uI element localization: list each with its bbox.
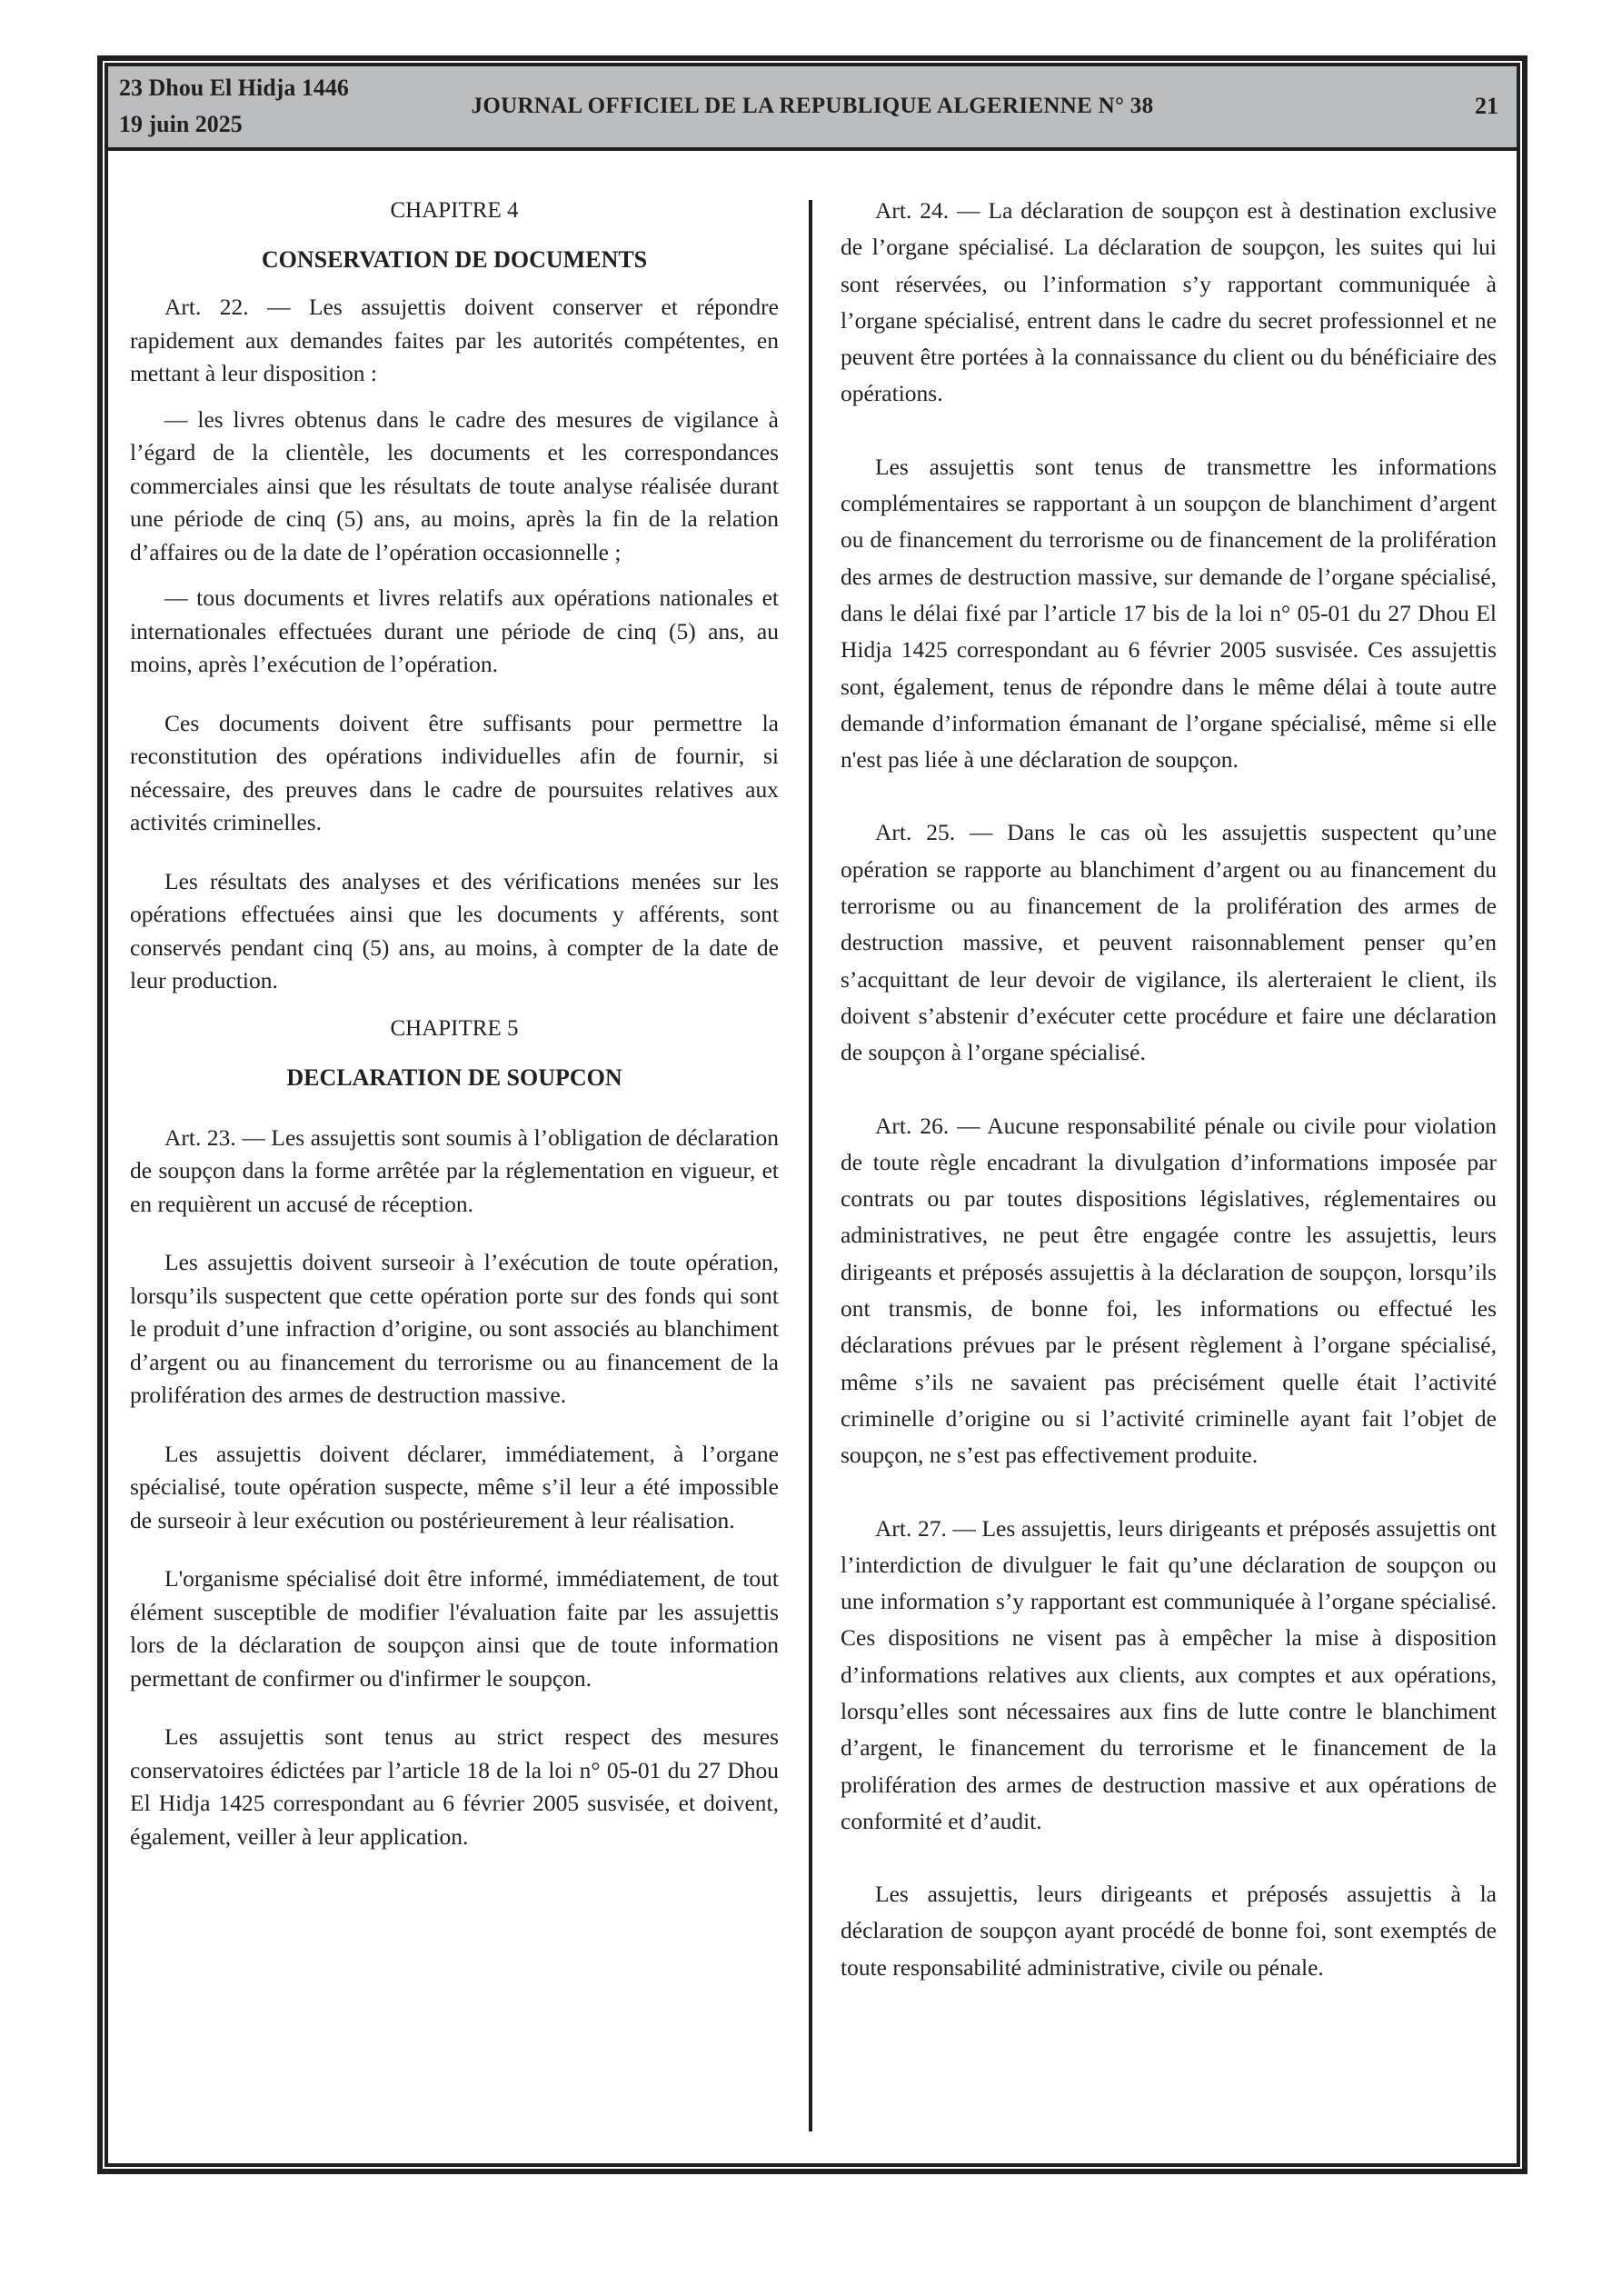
article-24-paragraph-2: Les assujettis sont tenus de transmettre… [841, 449, 1497, 779]
chapter-4-title: CONSERVATION DE DOCUMENTS [130, 242, 779, 278]
article-22-item-1: — les livres obtenus dans le cadre des m… [130, 404, 779, 570]
right-column: Art. 24. — La déclaration de soupçon est… [841, 193, 1497, 2022]
article-27-paragraph-1: Art. 27. — Les assujettis, leurs dirigea… [841, 1511, 1497, 1841]
article-22-paragraph-4: Les résultats des analyses et des vérifi… [130, 865, 779, 998]
article-24-paragraph-1: Art. 24. — La déclaration de soupçon est… [841, 193, 1497, 413]
article-25: Art. 25. — Dans le cas où les assujettis… [841, 814, 1497, 1071]
article-23-paragraph-4: L'organisme spécialisé doit être informé… [130, 1562, 779, 1695]
chapter-5-number: CHAPITRE 5 [130, 1011, 779, 1047]
chapter-4-number: CHAPITRE 4 [130, 193, 779, 229]
article-22-intro: Art. 22. — Les assujettis doivent conser… [130, 291, 779, 391]
article-27-paragraph-2: Les assujettis, leurs dirigeants et prép… [841, 1876, 1497, 1986]
article-23-paragraph-1: Art. 23. — Les assujettis sont soumis à … [130, 1122, 779, 1222]
journal-header: 23 Dhou El Hidja 1446 19 juin 2025 JOURN… [108, 66, 1517, 151]
article-22-paragraph-3: Ces documents doivent être suffisants po… [130, 707, 779, 840]
article-22-item-2: — tous documents et livres relatifs aux … [130, 582, 779, 682]
page-number: 21 [1475, 88, 1498, 125]
left-column: CHAPITRE 4 CONSERVATION DE DOCUMENTS Art… [130, 193, 779, 1866]
chapter-5-title: DECLARATION DE SOUPCON [130, 1060, 779, 1096]
article-23-paragraph-2: Les assujettis doivent surseoir à l’exéc… [130, 1246, 779, 1413]
article-23-paragraph-5: Les assujettis sont tenus au strict resp… [130, 1721, 779, 1853]
article-23-paragraph-3: Les assujettis doivent déclarer, immédia… [130, 1438, 779, 1538]
article-26: Art. 26. — Aucune responsabilité pénale … [841, 1108, 1497, 1474]
journal-title: JOURNAL OFFICIEL DE LA REPUBLIQUE ALGERI… [108, 88, 1517, 125]
column-divider [809, 200, 812, 2131]
